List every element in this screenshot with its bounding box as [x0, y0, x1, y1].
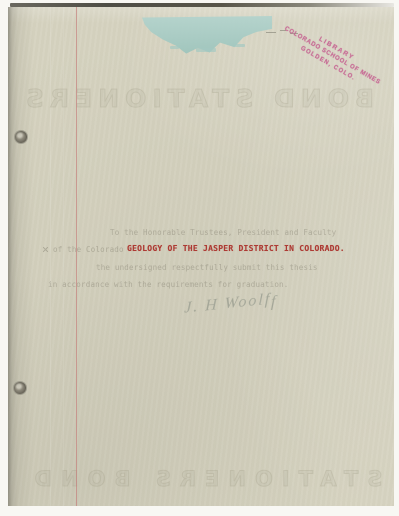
binder-hole-bottom — [14, 382, 26, 394]
bleedthrough-typed-line: the undersigned respectfully submit this… — [96, 263, 318, 272]
red-margin-line — [76, 7, 77, 506]
bleedthrough-typed-line: in accordance with the requirements for … — [48, 280, 288, 289]
binder-hole-top — [15, 131, 27, 143]
signature-flourish: f — [271, 293, 276, 312]
paper-crease — [63, 7, 64, 506]
page-left-edge-shadow — [8, 7, 34, 506]
blue-tape-fragment — [234, 44, 245, 47]
thesis-title-text: GEOLOGY OF THE JASPER DISTRICT IN COLORA… — [127, 244, 345, 253]
blue-tape-fragment — [170, 46, 179, 49]
bleedthrough-watermark-bottom: STATIONERS BOND — [18, 467, 390, 491]
bleedthrough-typed-line: To the Honorable Trustees, President and… — [110, 228, 336, 237]
bleedthrough-watermark-top: BOND STATIONERS — [28, 84, 374, 113]
scanned-document-page: BOND STATIONERS STATIONERS BOND LIBRARY … — [0, 0, 399, 516]
blue-tape-fragment — [196, 48, 216, 52]
pencil-mark — [43, 247, 48, 252]
stamp-line-school: COLORADO SCHOOL OF MINES — [278, 23, 386, 91]
signature-name: J. H Woolf — [184, 291, 272, 317]
author-signature: J. H Woolff — [184, 290, 276, 318]
bleedthrough-typed-line: of the Colorado — [53, 245, 124, 254]
paper-crease — [50, 7, 51, 506]
paper-sheet: BOND STATIONERS STATIONERS BOND LIBRARY … — [8, 7, 394, 506]
